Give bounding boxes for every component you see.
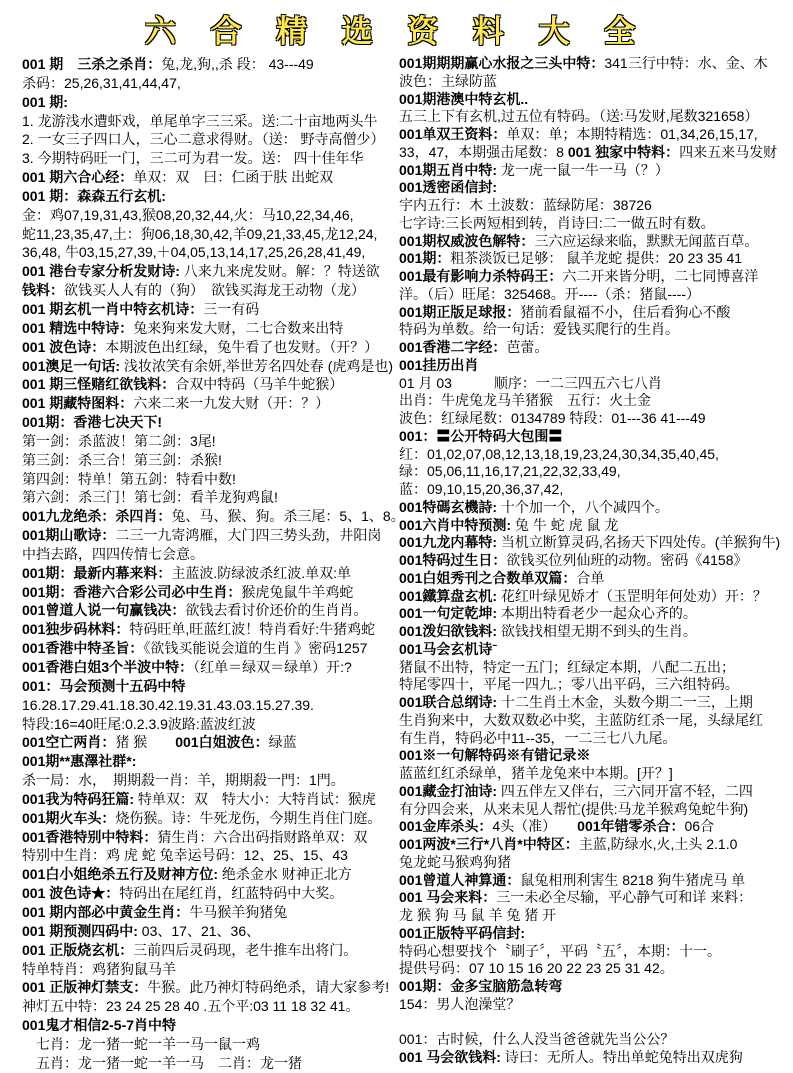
entry-text: 06合 — [685, 818, 715, 834]
text-line: 001期期期赢心水报之三头中特：341三行中特：水、金、木 — [399, 55, 791, 73]
text-line: 001独步码林料：特码旺单,旺蓝红波！特肖看好:牛猪鸡蛇 — [22, 620, 394, 639]
entry-text: 154：男人泡澡堂？ — [399, 996, 520, 1012]
entry-text: 金：鸡07,19,31,43,猴08,20,32,44,火：马10,22,34,… — [22, 207, 354, 223]
entry-text: 芭蕾。 — [506, 339, 548, 355]
entry-heading: 001九龙绝杀：杀四肖： — [22, 508, 171, 524]
text-line: 001正版特平码信封: — [399, 925, 791, 943]
text-line: 001挂历出肖 — [399, 357, 791, 375]
text-line: 杀码：25,26,31,41,44,47, — [22, 74, 394, 93]
text-line: 001 期玄机一肖中特玄机诗：三一有码 — [22, 300, 394, 319]
text-line: 3. 今期特码旺一门，三二可为君一发。送： 四十佳年华 — [22, 149, 394, 168]
entry-heading: 001 正版神灯禁支： — [22, 979, 147, 995]
entry-text: 十二生肖土木金，头数今期二一三，上期 — [497, 694, 753, 710]
entry-text: 第三剑：杀三合！第三剑：杀猴! — [22, 452, 222, 468]
entry-heading: 001澳足一句话: — [22, 358, 120, 374]
entry-text: 当机立断算灵码,名扬天下四处传。(羊猴狗牛) — [497, 534, 780, 550]
left-column: 001 期 三杀之杀肖：兔,龙,狗,,杀 段： 43---49杀码：25,26,… — [22, 55, 394, 1073]
entry-heading: 001：马会预测十五码中特 — [22, 678, 185, 694]
entry-heading: 001透密函信封: — [399, 179, 497, 195]
entry-text: 主蓝,防绿水,火,土头 2.1.0 — [579, 836, 738, 852]
entry-text: 33，47，本期强击尾数：8 — [399, 144, 568, 160]
text-line: 001 期三怪赌红欲钱料：合双中特码（马羊牛蛇猴） — [22, 375, 394, 394]
text-line: 001期港澳中特玄机.. — [399, 91, 791, 109]
text-line: 001 港台专家分析发财诗: 八来九来虎发财。解：？特送欲 — [22, 262, 394, 281]
entry-text: 本期波色出红绿，兔牛看了也发财。（开？） — [105, 339, 378, 355]
text-line: 001特碼玄機詩: 十个加一个，八个减四个。 — [399, 499, 791, 517]
text-line: 特码心想要找个〝刷子〞，平码〝五〞，本期：十一。 — [399, 943, 791, 961]
text-line: 001香港特别中特料：猜生肖：六合出码指财路单双：双 — [22, 828, 394, 847]
entry-text: 波色：红绿尾数：0134789 特段：01---36 41---49 — [399, 410, 706, 426]
entry-heading: 001期：最新内幕来料： — [22, 565, 171, 581]
entry-text: 诗曰：无所人。特出单蛇兔特出双虎狗 — [501, 1049, 743, 1065]
text-line: 蓝：09,10,15,20,36,37,42, — [399, 481, 791, 499]
text-line: 001期：粗茶淡饭已足够： 鼠羊龙蛇 提供：20 23 35 41 — [399, 250, 791, 268]
text-line: 001期：香港六合彩公司必中生肖：猴虎兔鼠牛羊鸡蛇 — [22, 583, 394, 602]
entry-heading: 001挂历出肖 — [399, 357, 478, 373]
entry-text: 五三上下有玄机,过五位有特码。（送:马发财,尾数321658） — [399, 108, 758, 124]
entry-text: 花红叶绿见娇才（玉罡明年何处劝）开：？ — [497, 588, 767, 604]
entry-text: 主蓝波.防绿波杀红波.单双:单 — [171, 565, 351, 581]
text-line: 提供号码：07 10 15 16 20 22 23 25 31 42。 — [399, 960, 791, 978]
entry-heading: 001 期预测四码中: — [22, 923, 138, 939]
entry-heading: 001曾道人神算通： — [399, 872, 520, 888]
entry-text: 蛇11,23,35,47,土：狗06,18,30,42,羊09,21,33,45… — [22, 226, 377, 242]
entry-text: 绿蓝 — [269, 734, 297, 750]
entry-text: 特段:16=40旺尾:0.2.3.9波路:蓝波红波 — [22, 716, 256, 732]
text-line: 001 波色诗：本期波色出红绿，兔牛看了也发财。（开？） — [22, 338, 394, 357]
text-line: 001九龙绝杀：杀四肖：兔、马、猴、狗。杀三尾：5、1、8。 — [22, 507, 394, 526]
text-line: 001 期：森森五行玄机: — [22, 187, 394, 206]
text-line: 波色：红绿尾数：0134789 特段：01---36 41---49 — [399, 410, 791, 428]
text-line: 001曾道人说一句赢钱决：欲钱去看讨价还价的生肖肖。 — [22, 601, 394, 620]
entry-heading: 001我为特码狂篇: — [22, 791, 134, 807]
entry-text: 有生肖，特码必中11--35，一二三七八九尾。 — [399, 730, 676, 746]
entry-text: 合双中特码（马羊牛蛇猴） — [175, 376, 343, 392]
entry-heading: 钱料： — [22, 282, 64, 298]
entry-heading: 001期山歌诗： — [22, 527, 115, 543]
entry-text: 生肖狗来中，大数双数必中奖，主蓝防红杀一尾，头绿尾红 — [399, 712, 763, 728]
text-line: 蛇11,23,35,47,土：狗06,18,30,42,羊09,21,33,45… — [22, 225, 394, 244]
entry-heading: 001 马会来料： — [399, 889, 496, 905]
entry-text: 七字诗:三长两短相到转，肖诗曰:二一做五时有数。 — [399, 215, 715, 231]
entry-text: 三一有码 — [203, 301, 259, 317]
text-line: 001期：金多宝脑筋急转弯 — [399, 978, 791, 996]
entry-text: 合单 — [576, 570, 604, 586]
entry-text: 猪鼠不出特，特定一五门；红绿定本期，八配二五出； — [399, 659, 735, 675]
text-line — [399, 1014, 791, 1032]
entry-heading: 001白姐波色： — [175, 734, 268, 750]
entry-text: 七肖：龙一猪一蛇一羊一马一鼠一鸡 — [22, 1036, 260, 1052]
entry-heading: 001联合总纲诗: — [399, 694, 497, 710]
text-line: 出肖：牛虎兔龙马羊猪猴 五行：火土金 — [399, 392, 791, 410]
text-line: 001期正版足球报：猪前看鼠福不小，住后看狗心不酸 — [399, 304, 791, 322]
entry-heading: 001 期藏特图料： — [22, 395, 133, 411]
entry-heading: 001白小姐绝杀五行及财神方位: — [22, 866, 218, 882]
text-line: 有生肖，特码必中11--35，一二三七八九尾。 — [399, 730, 791, 748]
entry-text: 杀码：25,26,31,41,44,47, — [22, 75, 181, 91]
entry-heading: 001 波色诗： — [22, 339, 105, 355]
text-line: 001香港白姐3个半波中特：（红单＝绿双＝绿单）开:? — [22, 658, 394, 677]
entry-heading: 001香港二字经： — [399, 339, 506, 355]
text-line: 001 精选中特诗：兔来狗来发大财，二七合数来出特 — [22, 319, 394, 338]
text-line: 001联合总纲诗: 十二生肖土木金，头数今期二一三，上期 — [399, 694, 791, 712]
entry-text: 001：古时候，什么人没当爸爸就先当公公？ — [399, 1031, 674, 1047]
entry-text: 欲钱买人人有的（狗） 欲钱买海龙王动物（龙） — [64, 282, 365, 298]
text-line: 七字诗:三长两短相到转，肖诗曰:二一做五时有数。 — [399, 215, 791, 233]
text-line: 36,48, 牛03,15,27,39,＋04,05,13,14,17,25,2… — [22, 243, 394, 262]
text-line: 001香港二字经：芭蕾。 — [399, 339, 791, 357]
text-line: 001最有影响力杀特码王：六二开来皆分明，二七同博喜洋 — [399, 268, 791, 286]
entry-heading: 001 期: — [22, 94, 68, 110]
entry-text: 第六剑：杀三门！第七剑：看羊龙狗鸡鼠! — [22, 489, 278, 505]
entry-text: 三前四后灵码现，老牛推车出将门。 — [133, 942, 357, 958]
entry-text: 猜生肖：六合出码指财路单双：双 — [157, 829, 367, 845]
entry-text: 十个加一个，八个减四个。 — [497, 499, 669, 515]
entry-text: 特单特肖：鸡猪狗鼠马羊 — [22, 961, 176, 977]
entry-text: 绝杀金水 财神正北方 — [218, 866, 352, 882]
text-line: 001香港中特圣旨：《欲钱买能说会道的生肖 》密码1257 — [22, 639, 394, 658]
entry-text: 第一剑：杀蓝波！第二剑：3尾! — [22, 433, 216, 449]
text-line: 001藏金打油诗: 四五伴左又伴右，三六同开富不轻，二四 — [399, 783, 791, 801]
text-line: 杀一局：水， 期期殺一肖：羊，期期殺一門：1門。 — [22, 771, 394, 790]
entry-text: （红单＝绿双＝绿单）开:? — [193, 659, 352, 675]
entry-text: 341三行中特：水、金、木 — [604, 55, 767, 71]
text-line: 特码为单数。给一句话：爱钱买爬行的生肖。 — [399, 321, 791, 339]
text-line: 001两波*三行*八肖*中特区：主蓝,防绿水,火,土头 2.1.0 — [399, 836, 791, 854]
entry-text: 鼠兔相刑利害生 8218 狗牛猪虎马 单 — [520, 872, 745, 888]
entry-text: 神灯五中特：23 24 25 28 40 .五个平:03 11 18 32 41… — [22, 998, 359, 1014]
entry-text: 杀一局：水， 期期殺一肖：羊，期期殺一門：1門。 — [22, 772, 345, 788]
entry-heading: 001金库杀头： — [399, 818, 492, 834]
entry-text: 欲钱找相望无期不到头的生肖。 — [497, 623, 697, 639]
entry-text: 特码出在尾红肖，红蓝特码中大奖。 — [119, 885, 343, 901]
entry-heading: 001香港特别中特料： — [22, 829, 157, 845]
entry-heading: 001期期期赢心水报之三头中特： — [399, 55, 604, 71]
entry-heading: 001香港白姐3个半波中特： — [22, 659, 193, 675]
entry-text: 兔来狗来发大财，二七合数来出特 — [133, 320, 343, 336]
text-line: 有分四会来，从来未见人帮忙(提供:马龙羊猴鸡兔蛇牛狗) — [399, 801, 791, 819]
entry-text: 红：01,02,07,08,12,13,18,19,23,24,30,34,35… — [399, 446, 719, 462]
entry-heading: 001特碼玄機詩: — [399, 499, 497, 515]
entry-heading: 001期港澳中特玄机.. — [399, 91, 528, 107]
entry-heading: 001白姐秀刊之合数单双篇： — [399, 570, 576, 586]
text-line: 001白姐秀刊之合数单双篇：合单 — [399, 570, 791, 588]
entry-heading: 001 期内部必中黄金生肖： — [22, 904, 189, 920]
text-line: 001白小姐绝杀五行及财神方位: 绝杀金水 财神正北方 — [22, 865, 394, 884]
entry-heading: 001空亡两肖： — [22, 734, 115, 750]
text-line: 红：01,02,07,08,12,13,18,19,23,24,30,34,35… — [399, 446, 791, 464]
entry-text: 36,48, 牛03,15,27,39,＋04,05,13,14,17,25,2… — [22, 244, 365, 260]
entry-text: 六二开来皆分明，二七同博喜洋 — [562, 268, 758, 284]
entry-text: 粗茶淡饭已足够： 鼠羊龙蛇 提供：20 23 35 41 — [450, 250, 742, 266]
text-line: 五肖：龙一猪一蛇一羊一马 二肖：龙一猪 — [22, 1054, 394, 1073]
text-line: 生肖狗来中，大数双数必中奖，主蓝防红杀一尾，头绿尾红 — [399, 712, 791, 730]
text-line: 001※一句解特码※有错记录※ — [399, 747, 791, 765]
entry-text: 3. 今期特码旺一门，三二可为君一发。送： 四十佳年华 — [22, 150, 363, 166]
entry-text: 特码心想要找个〝刷子〞，平码〝五〞，本期：十一。 — [399, 943, 721, 959]
entry-text: 特码为单数。给一句话：爱钱买爬行的生肖。 — [399, 321, 679, 337]
entry-text: 单双：双 曰：仁函于肤 出蛇双 — [133, 169, 333, 185]
text-line: 绿：05,06,11,16,17,21,22,32,33,49, — [399, 463, 791, 481]
text-line: 16.28.17.29.41.18.30.42.19.31.43.03.15.2… — [22, 696, 394, 715]
entry-text: 四五伴左又伴右，三六同开富不轻，二四 — [497, 783, 753, 799]
text-line: 第三剑：杀三合！第三剑：杀猴! — [22, 451, 394, 470]
entry-text: 特尾零四十，平尾一四九.；零八出平码，三六组特码。 — [399, 676, 739, 692]
entry-heading: 001正版特平码信封: — [399, 925, 525, 941]
entry-text: 四来五来马发财 — [679, 144, 777, 160]
entry-heading: 001 期玄机一肖中特玄机诗： — [22, 301, 203, 317]
text-line: 001 正版神灯禁支：牛猴。此乃神灯特码绝杀，请大家参考! — [22, 978, 394, 997]
text-line: 001金库杀头：4头（准） 001年错零杀合：06合 — [399, 818, 791, 836]
text-line: 001期山歌诗：二三一九寄鸿雁，大门四三势头劲，井阳岗 — [22, 526, 394, 545]
text-line: 001特码过生日：欲钱买位列仙班的动物。密码《4158》 — [399, 552, 791, 570]
text-line: 001单双王资料：单双：单；本期特精选：01,34,26,15,17, — [399, 126, 791, 144]
text-line: 001 期 三杀之杀肖：兔,龙,狗,,杀 段： 43---49 — [22, 55, 394, 74]
entry-heading: 001最有影响力杀特码王： — [399, 268, 562, 284]
entry-text: 兔、马、猴、狗。杀三尾：5、1、8。 — [171, 508, 404, 524]
entry-heading: 001※一句解特码※有错记录※ — [399, 747, 590, 763]
entry-heading: 001九龙内幕特: — [399, 534, 497, 550]
text-line: 001期五肖中特: 龙一虎一鼠一牛一马（？） — [399, 162, 791, 180]
entry-text: 欲钱去看讨价还价的生肖肖。 — [185, 602, 367, 618]
text-line: 特别中生肖：鸡 虎 蛇 兔幸运号码：12、25、15、43 — [22, 846, 394, 865]
entry-text: 蓝：09,10,15,20,36,37,42, — [399, 481, 563, 497]
text-line: 001泼妇欲钱料: 欲钱找相望无期不到头的生肖。 — [399, 623, 791, 641]
text-line: 001马会玄机诗ˉ — [399, 641, 791, 659]
text-line: 猪鼠不出特，特定一五门；红绿定本期，八配二五出； — [399, 659, 791, 677]
text-line: 洋。（后）旺尾：325468。开----（杀：猪鼠----） — [399, 286, 791, 304]
text-line: 001 期内部必中黄金生肖：牛马猴羊狗猪兔 — [22, 903, 394, 922]
text-line: 中挡去路，四四传情七会意。 — [22, 545, 394, 564]
entry-heading: 001特码过生日： — [399, 552, 506, 568]
text-line: 001一句定乾坤: 本期出特看老少一起众心齐的。 — [399, 605, 791, 623]
text-line: 001九龙内幕特: 当机立断算灵码,名扬天下四处传。(羊猴狗牛) — [399, 534, 791, 552]
text-line: 001期权威波色解特：三六应运绿来临，默默无闻蓝百草。 — [399, 233, 791, 251]
text-line: 154：男人泡澡堂？ — [399, 996, 791, 1014]
entry-text: 01 月 03 顺序：一二三四五六七八肖 — [399, 375, 662, 391]
text-line: 2. 一女三子四口人，三心二意求得财。（送： 野寺高僧少） — [22, 130, 394, 149]
entry-text: 欲钱买位列仙班的动物。密码《4158》 — [506, 552, 747, 568]
entry-heading: 001 精选中特诗： — [22, 320, 133, 336]
entry-text: 兔,龙,狗,,杀 段： 43---49 — [161, 56, 313, 72]
text-line: 001 期六合心经：单双：双 曰：仁函于肤 出蛇双 — [22, 168, 394, 187]
entry-heading: 001期五肖中特: — [399, 162, 497, 178]
text-line: 龙 猴 狗 马 鼠 羊 兔 猪 开 — [399, 907, 791, 925]
entry-heading: 001 期 三杀之杀肖： — [22, 56, 161, 72]
entry-heading: 001泼妇欲钱料: — [399, 623, 497, 639]
entry-text: 波色：主绿防蓝 — [399, 73, 497, 89]
text-line: 001期火车头：烧伤猴。诗：牛死龙伤，今期生肖住门庭。 — [22, 809, 394, 828]
text-line: 001期：最新内幕来料：主蓝波.防绿波杀红波.单双:单 — [22, 564, 394, 583]
entry-heading: 001 马会欲钱料: — [399, 1049, 501, 1065]
entry-text: 中挡去路，四四传情七会意。 — [22, 546, 204, 562]
text-line: 蓝蓝红红杀绿单，猪羊龙兔来中本期。[开？] — [399, 765, 791, 783]
text-line: 第一剑：杀蓝波！第二剑：3尾! — [22, 432, 394, 451]
text-line: 001六肖中特预测: 兔 牛 蛇 虎 鼠 龙 — [399, 517, 791, 535]
text-line: 01 月 03 顺序：一二三四五六七八肖 — [399, 375, 791, 393]
text-line: 001期**惠澤社群*: — [22, 752, 394, 771]
text-line: 001曾道人神算通：鼠兔相刑利害生 8218 狗牛猪虎马 单 — [399, 872, 791, 890]
entry-heading: 001 期：森森五行玄机: — [22, 188, 166, 204]
entry-text: 第四剑：特单！第五剑：特看中数! — [22, 471, 236, 487]
entry-heading: 001 独家中特料： — [568, 144, 679, 160]
entry-heading: 001一句定乾坤: — [399, 605, 497, 621]
entry-text: 浅妆浓笑有余妍,举世芳名四处春 (虎鸡是也) — [120, 358, 393, 374]
text-line: 001澳足一句话: 浅妆浓笑有余妍,举世芳名四处春 (虎鸡是也) — [22, 357, 394, 376]
text-line: 第六剑：杀三门！第七剑：看羊龙狗鸡鼠! — [22, 488, 394, 507]
text-line: 七肖：龙一猪一蛇一羊一马一鼠一鸡 — [22, 1035, 394, 1054]
right-column: 001期期期赢心水报之三头中特：341三行中特：水、金、木波色：主绿防蓝001期… — [399, 55, 791, 1067]
entry-text: 牛猴。此乃神灯特码绝杀，请大家参考! — [147, 979, 389, 995]
entry-heading: 001鐵算盘玄机: — [399, 588, 497, 604]
entry-text: 宇内五行：木 土波数：蓝绿防尾：38726 — [399, 197, 652, 213]
entry-text: 本期出特看老少一起众心齐的。 — [497, 605, 697, 621]
text-line: 001 马会来料：三一未必全尽输，平心静气可和详 来料： — [399, 889, 791, 907]
entry-text: 蓝蓝红红杀绿单，猪羊龙兔来中本期。[开？] — [399, 765, 673, 781]
entry-heading: 001期正版足球报： — [399, 304, 520, 320]
text-line: 钱料：欲钱买人人有的（狗） 欲钱买海龙王动物（龙） — [22, 281, 394, 300]
text-line: 001我为特码狂篇: 特单双：双 特大小：大特肖试：猴虎 — [22, 790, 394, 809]
entry-heading: 001香港中特圣旨： — [22, 640, 143, 656]
entry-text: 单双：单；本期特精选：01,34,26,15,17, — [506, 126, 757, 142]
entry-text: 兔龙蛇马猴鸡狗猪 — [399, 854, 511, 870]
entry-text: 4头（准） — [492, 818, 577, 834]
entry-heading: 001期火车头： — [22, 810, 115, 826]
entry-text: 2. 一女三子四口人，三心二意求得财。（送： 野寺高僧少） — [22, 131, 384, 147]
text-line: 001透密函信封: — [399, 179, 791, 197]
text-line: 特单特肖：鸡猪狗鼠马羊 — [22, 960, 394, 979]
entry-text: 二三一九寄鸿雁，大门四三势头劲，井阳岗 — [115, 527, 381, 543]
entry-text: 绿：05,06,11,16,17,21,22,32,33,49, — [399, 463, 621, 479]
text-line: 兔龙蛇马猴鸡狗猪 — [399, 854, 791, 872]
page-title: 六 合 精 选 资 料 大 全 — [0, 6, 793, 51]
text-line: 五三上下有玄机,过五位有特码。（送:马发财,尾数321658） — [399, 108, 791, 126]
entry-text: 特码旺单,旺蓝红波！特肖看好:牛猪鸡蛇 — [129, 621, 375, 637]
text-line: 001鬼才相信2-5-7肖中特 — [22, 1016, 394, 1035]
entry-heading: 001 波色诗★： — [22, 885, 119, 901]
text-line: 金：鸡07,19,31,43,猴08,20,32,44,火：马10,22,34,… — [22, 206, 394, 225]
entry-heading: 001 港台专家分析发财诗: — [22, 263, 180, 279]
entry-heading: 001独步码林料： — [22, 621, 129, 637]
entry-text: 猴虎兔鼠牛羊鸡蛇 — [241, 584, 353, 600]
entry-text: 提供号码：07 10 15 16 20 22 23 25 31 42。 — [399, 960, 674, 976]
entry-text: 兔 牛 蛇 虎 鼠 龙 — [511, 517, 618, 533]
entry-heading: 001鬼才相信2-5-7肖中特 — [22, 1017, 176, 1033]
entry-heading: 001期权威波色解特： — [399, 233, 534, 249]
entry-text: 烧伤猴。诗：牛死龙伤，今期生肖住门庭。 — [115, 810, 381, 826]
text-line: 波色：主绿防蓝 — [399, 73, 791, 91]
entry-text: 猪前看鼠福不小，住后看狗心不酸 — [520, 304, 730, 320]
entry-text: 《欲钱买能说会道的生肖 》密码1257 — [143, 640, 367, 656]
entry-text: 六来二来一九发大财（开：？） — [133, 395, 329, 411]
entry-heading: 001期**惠澤社群*: — [22, 753, 136, 769]
entry-heading: 001期：香港七决天下! — [22, 414, 162, 430]
entry-text: 特别中生肖：鸡 虎 蛇 兔幸运号码：12、25、15、43 — [22, 847, 348, 863]
text-line: 1. 龙游浅水遭虾戏，单尾单字三三采。送:二十亩地两头牛 — [22, 112, 394, 131]
text-line: 001：〓公开特码大包围〓 — [399, 428, 791, 446]
entry-text: 牛马猴羊狗猪兔 — [189, 904, 287, 920]
entry-text: 特单双：双 特大小：大特肖试：猴虎 — [134, 791, 376, 807]
entry-heading: 001：〓公开特码大包围〓 — [399, 428, 562, 444]
text-line: 001 正版烧玄机：三前四后灵码现，老牛推车出将门。 — [22, 941, 394, 960]
entry-text: 1. 龙游浅水遭虾戏，单尾单字三三采。送:二十亩地两头牛 — [22, 113, 377, 129]
entry-text: 洋。（后）旺尾：325468。开----（杀：猪鼠----） — [399, 286, 700, 302]
entry-heading: 001期：金多宝脑筋急转弯 — [399, 978, 562, 994]
entry-heading: 001马会玄机诗ˉ — [399, 641, 497, 657]
text-line: 001 期: — [22, 93, 394, 112]
entry-text: 有分四会来，从来未见人帮忙(提供:马龙羊猴鸡兔蛇牛狗) — [399, 801, 748, 817]
entry-heading: 001期：香港六合彩公司必中生肖： — [22, 584, 241, 600]
entry-heading: 001 期三怪赌红欲钱料： — [22, 376, 175, 392]
text-line: 特尾零四十，平尾一四九.；零八出平码，三六组特码。 — [399, 676, 791, 694]
text-line: 特段:16=40旺尾:0.2.3.9波路:蓝波红波 — [22, 715, 394, 734]
entry-heading: 001曾道人说一句赢钱决： — [22, 602, 185, 618]
text-line: 001鐵算盘玄机: 花红叶绿见娇才（玉罡明年何处劝）开：？ — [399, 588, 791, 606]
entry-heading: 001六肖中特预测: — [399, 517, 511, 533]
text-line: 33，47，本期强击尾数：8 001 独家中特料：四来五来马发财 — [399, 144, 791, 162]
text-line: 001空亡两肖：猪 猴 001白姐波色：绿蓝 — [22, 733, 394, 752]
entry-heading: 001 正版烧玄机： — [22, 942, 133, 958]
text-line: 神灯五中特：23 24 25 28 40 .五个平:03 11 18 32 41… — [22, 997, 394, 1016]
text-line: 001 波色诗★：特码出在尾红肖，红蓝特码中大奖。 — [22, 884, 394, 903]
entry-text: 03、17、21、36、 — [138, 923, 260, 939]
text-line: 第四剑：特单！第五剑：特看中数! — [22, 470, 394, 489]
entry-text: 五肖：龙一猪一蛇一羊一马 二肖：龙一猪 — [22, 1055, 302, 1071]
entry-heading: 001藏金打油诗: — [399, 783, 497, 799]
text-line: 001 马会欲钱料: 诗曰：无所人。特出单蛇兔特出双虎狗 — [399, 1049, 791, 1067]
text-line: 001：古时候，什么人没当爸爸就先当公公？ — [399, 1031, 791, 1049]
text-line: 001：马会预测十五码中特 — [22, 677, 394, 696]
entry-text: 出肖：牛虎兔龙马羊猪猴 五行：火土金 — [399, 392, 651, 408]
entry-text: 猪 猴 — [115, 734, 175, 750]
text-line: 001 期预测四码中: 03、17、21、36、 — [22, 922, 394, 941]
entry-text: 三六应运绿来临，默默无闻蓝百草。 — [534, 233, 758, 249]
text-line: 001期：香港七决天下! — [22, 413, 394, 432]
entry-text: 八来九来虎发财。解：？特送欲 — [180, 263, 380, 279]
entry-text: 龙 猴 狗 马 鼠 羊 兔 猪 开 — [399, 907, 556, 923]
entry-heading: 001 期六合心经： — [22, 169, 133, 185]
text-line: 宇内五行：木 土波数：蓝绿防尾：38726 — [399, 197, 791, 215]
entry-text: 龙一虎一鼠一牛一马（？） — [497, 162, 669, 178]
entry-heading: 001单双王资料： — [399, 126, 506, 142]
entry-heading: 001期： — [399, 250, 450, 266]
entry-heading: 001两波*三行*八肖*中特区： — [399, 836, 579, 852]
entry-text: 16.28.17.29.41.18.30.42.19.31.43.03.15.2… — [22, 697, 314, 713]
entry-text: 三一未必全尽输，平心静气可和详 来料： — [496, 889, 752, 905]
entry-heading: 001年错零杀合： — [577, 818, 684, 834]
text-line: 001 期藏特图料：六来二来一九发大财（开：？） — [22, 394, 394, 413]
